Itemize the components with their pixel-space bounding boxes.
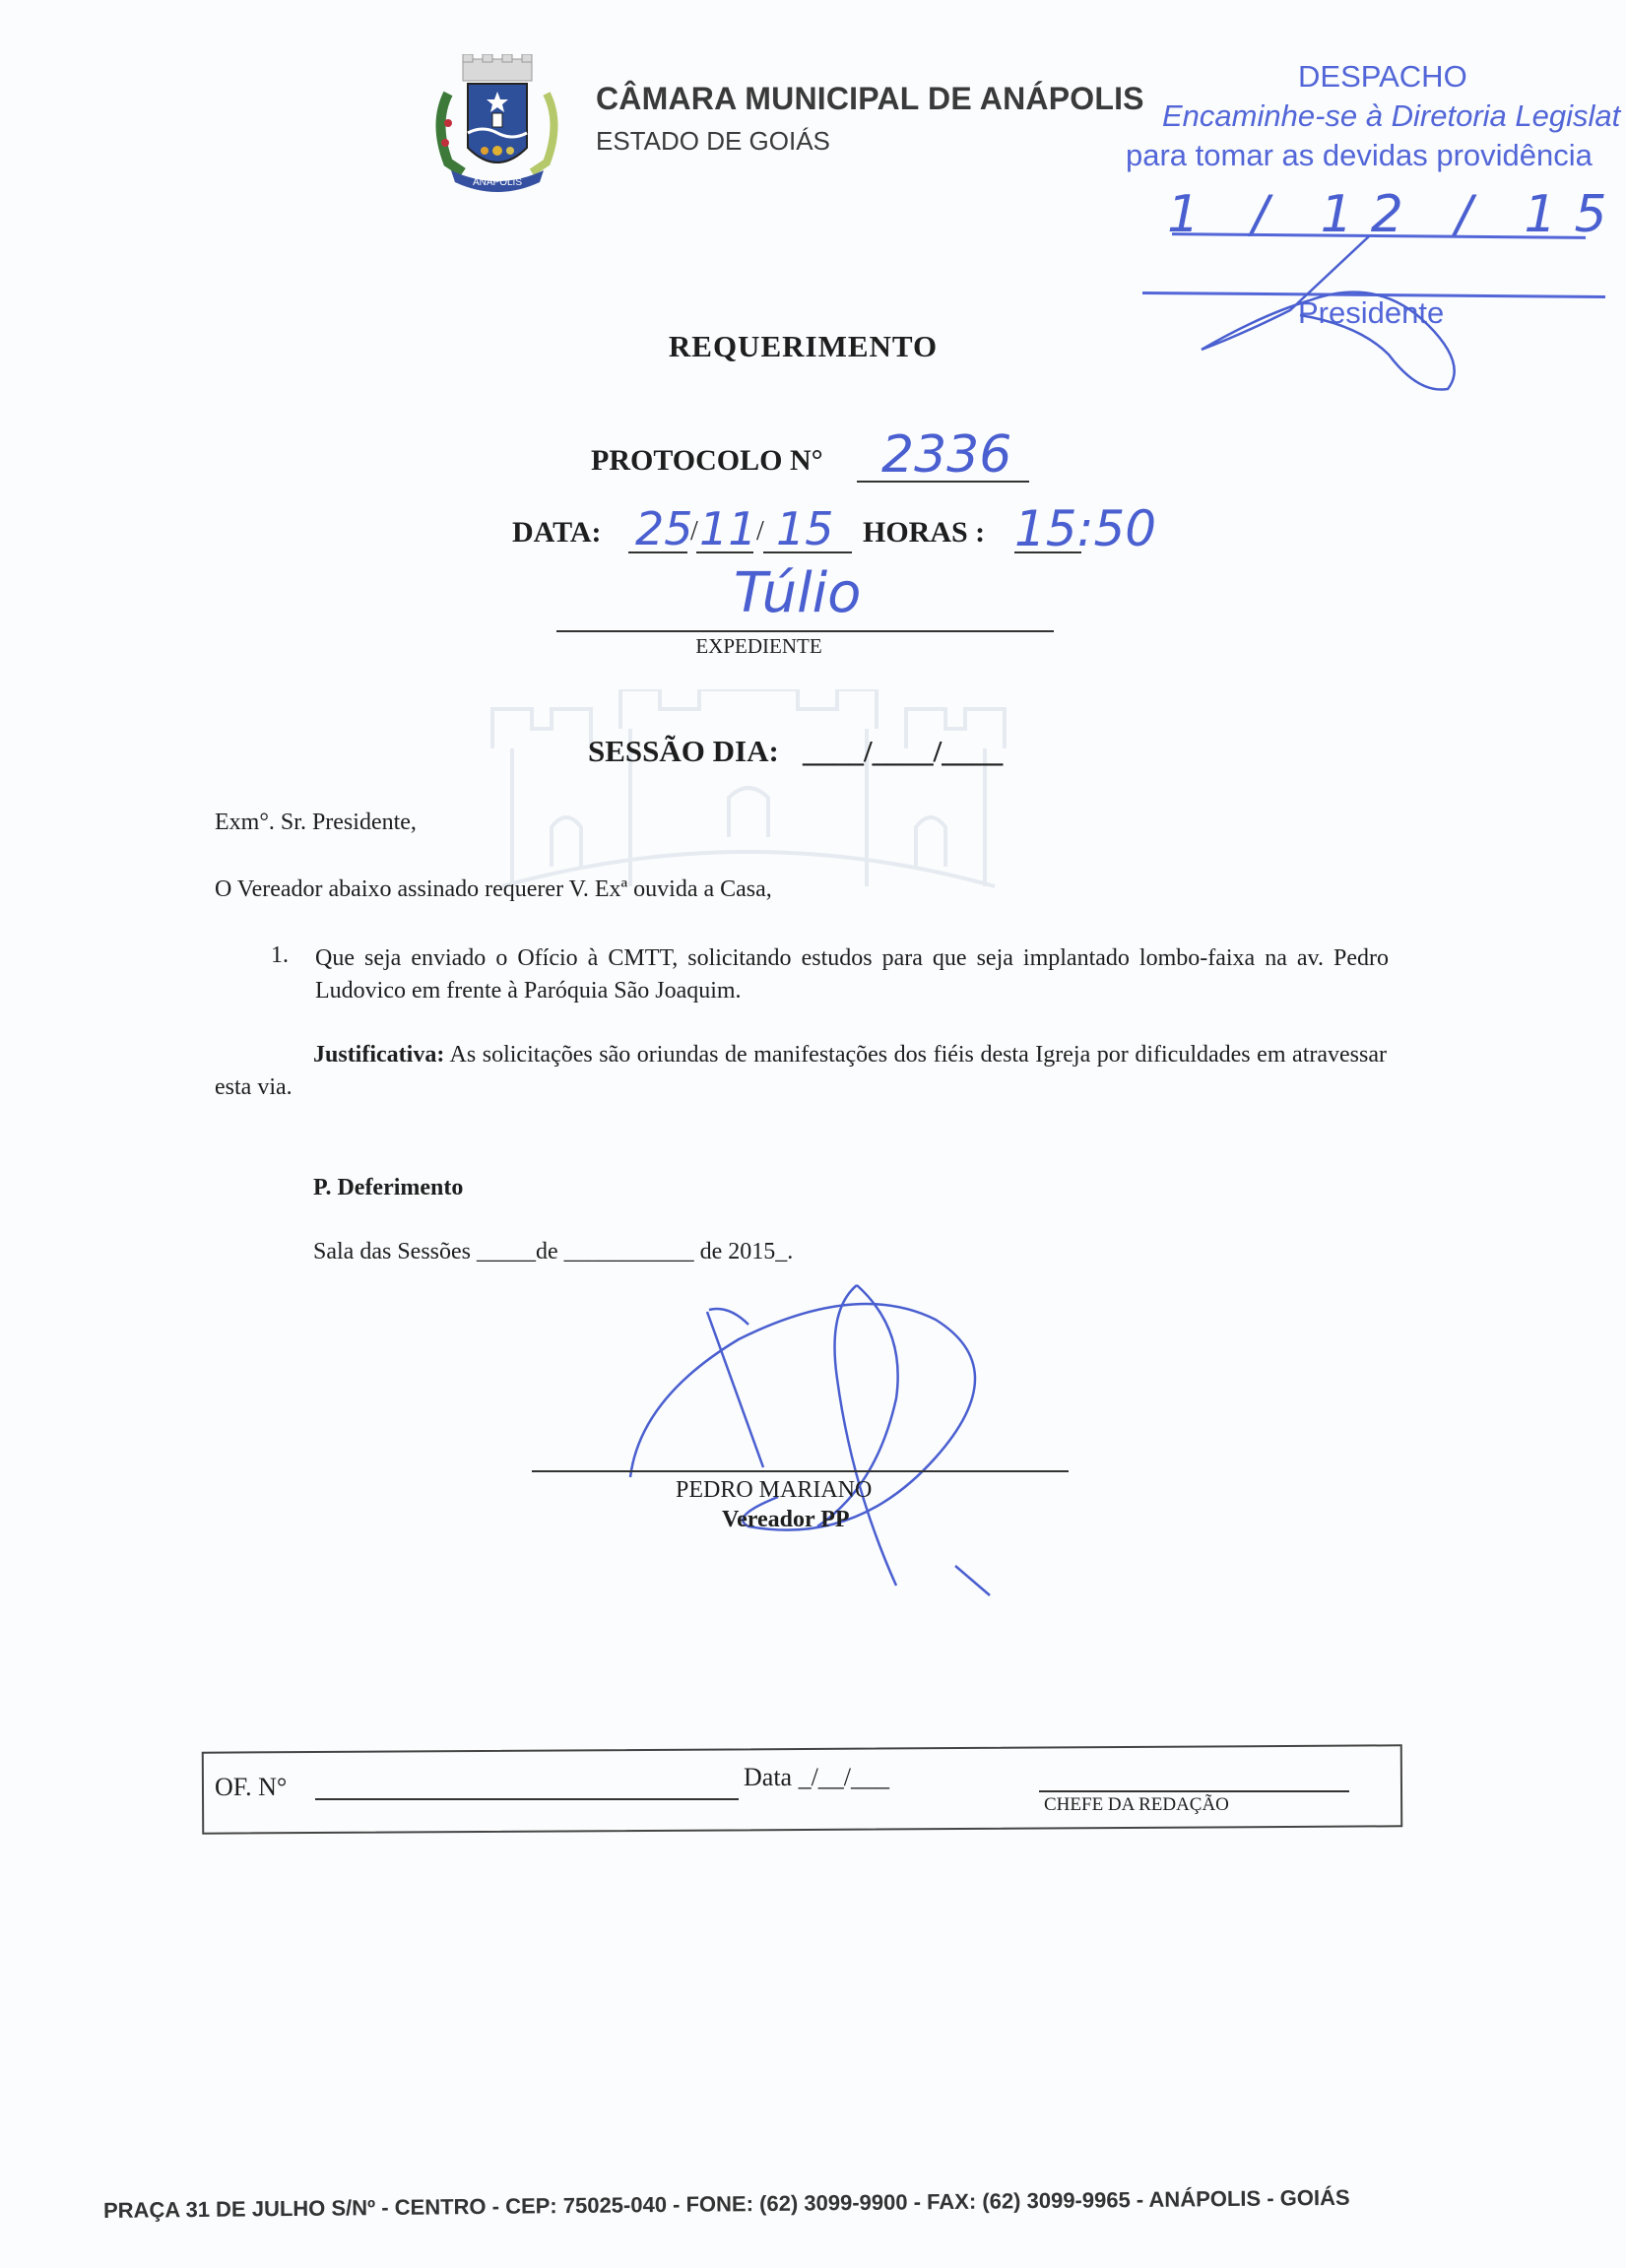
oficio-number-line	[315, 1798, 739, 1800]
expediente-signature: Túlio	[734, 561, 861, 625]
signature-line	[532, 1470, 1069, 1472]
justificativa-paragraph: Justificativa: As solicitações são oriun…	[215, 1039, 1387, 1104]
protocolo-number: 2336	[881, 425, 1011, 485]
data-slash: /	[690, 516, 698, 548]
deferimento: P. Deferimento	[313, 1175, 463, 1201]
expediente-label: EXPEDIENTE	[0, 634, 1626, 659]
expediente-line	[556, 630, 1054, 632]
justificativa-label: Justificativa:	[313, 1042, 444, 1068]
despacho-stamp-title: DESPACHO	[1298, 59, 1467, 95]
president-signature-icon	[1142, 217, 1536, 394]
sessao-date-blanks: ____/____/____	[803, 734, 1003, 769]
footer-address: PRAÇA 31 DE JULHO S/Nº - CENTRO - CEP: 7…	[103, 2185, 1350, 2224]
sessao-label: SESSÃO DIA:	[588, 734, 779, 769]
signer-role: Vereador PP	[722, 1507, 850, 1533]
request-item-text: Que seja enviado o Ofício à CMTT, solici…	[315, 942, 1389, 1007]
intro-paragraph: O Vereador abaixo assinado requerer V. E…	[215, 876, 772, 903]
organization-name: CÂMARA MUNICIPAL DE ANÁPOLIS	[596, 81, 1144, 117]
data-slash: /	[756, 516, 764, 548]
protocolo-label: PROTOCOLO N°	[591, 444, 823, 478]
signer-name: PEDRO MARIANO	[676, 1477, 872, 1504]
document-title: REQUERIMENTO	[0, 329, 1626, 364]
data-label: DATA:	[512, 516, 602, 550]
salutation: Exm°. Sr. Presidente,	[215, 810, 417, 836]
chefe-signature-line	[1039, 1790, 1349, 1792]
data-month: 11	[699, 502, 757, 555]
chefe-da-redacao-label: CHEFE DA REDAÇÃO	[1044, 1794, 1229, 1816]
data-day: 25	[635, 502, 693, 555]
svg-text:ANÁPOLIS: ANÁPOLIS	[473, 175, 522, 188]
horas-label: HORAS :	[863, 516, 985, 550]
horas-value: 15:50	[1014, 500, 1156, 557]
vereador-signature-icon	[601, 1270, 1014, 1605]
despacho-stamp-instruction-cont: para tomar as devidas providência	[1126, 138, 1593, 173]
oficio-number-label: OF. N°	[215, 1773, 287, 1802]
data-year: 15	[776, 502, 834, 555]
organization-state: ESTADO DE GOIÁS	[596, 126, 830, 157]
request-item-number: 1.	[271, 942, 289, 969]
sala-das-sessoes: Sala das Sessões _____de ___________ de …	[313, 1239, 793, 1265]
oficio-date-label: Data _/__/___	[744, 1763, 889, 1792]
municipal-coat-of-arms-icon: ANÁPOLIS	[423, 54, 571, 202]
despacho-stamp-instruction: Encaminhe-se à Diretoria Legislat	[1162, 98, 1620, 134]
